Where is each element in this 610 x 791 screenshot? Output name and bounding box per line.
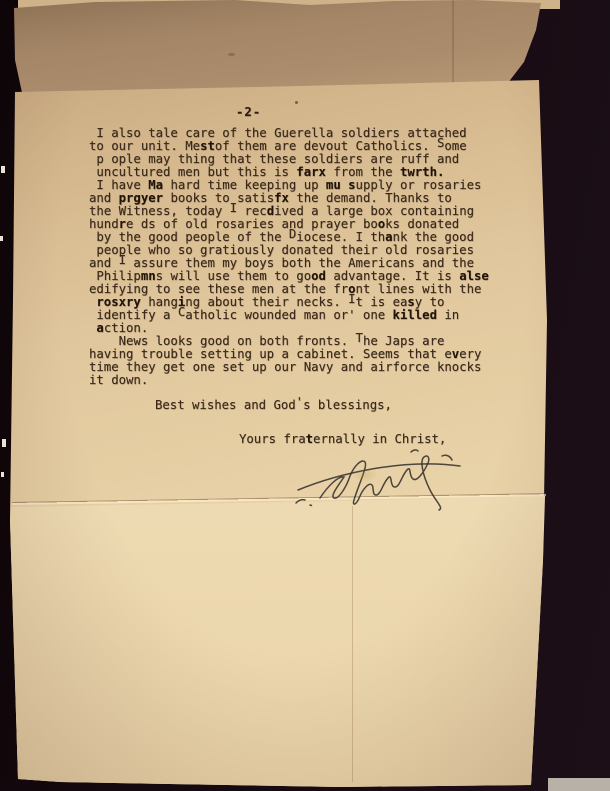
typed-line: it down. bbox=[89, 374, 481, 387]
closing-line: Yours fraternally in Christ, bbox=[239, 433, 446, 446]
ink-fleck bbox=[295, 101, 298, 104]
signature bbox=[292, 446, 467, 514]
edge-speck bbox=[0, 236, 3, 241]
flap-crease bbox=[452, 0, 454, 95]
typed-line: identify a Catholic wounded man or' one … bbox=[89, 309, 489, 322]
paper-stain bbox=[352, 468, 378, 482]
edge-speck bbox=[2, 439, 6, 447]
edge-speck bbox=[1, 166, 5, 173]
vertical-crease bbox=[352, 506, 353, 782]
table-surface-corner bbox=[548, 778, 610, 791]
photo-of-letter: -2- I also tale care of the Guerella sol… bbox=[0, 0, 610, 791]
valediction: Best wishes and God's blessings, bbox=[155, 399, 392, 412]
paragraph-1: I also tale care of the Guerella soldier… bbox=[89, 127, 489, 335]
flap-scuff bbox=[228, 53, 235, 56]
paragraph-2: News looks good on both fronts. The Japs… bbox=[89, 335, 481, 387]
edge-speck bbox=[1, 472, 4, 477]
page-number: -2- bbox=[236, 106, 261, 119]
